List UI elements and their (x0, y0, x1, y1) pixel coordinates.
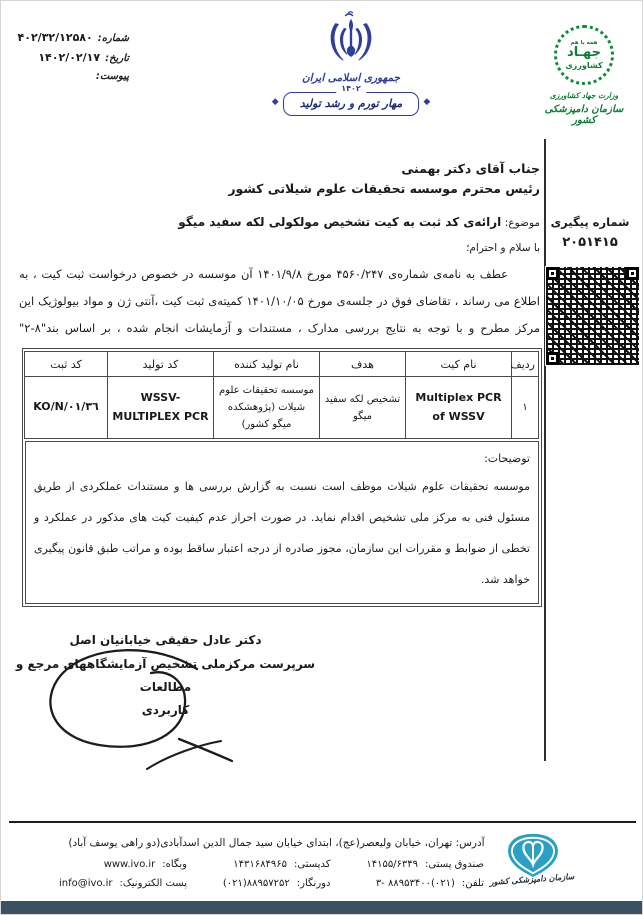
letter-number-row: شماره: ۴۰۲/۳۲/۱۲۵۸۰ (11, 31, 129, 44)
footer-address: آدرس: تهران، خیابان ولیعصر(عج)، ابتدای خ… (61, 837, 492, 849)
iran-emblem-icon (320, 11, 382, 67)
registration-table-wrap: ردیف نام کیت هدف نام تولید کننده کد تولی… (22, 348, 542, 607)
qr-finder-icon (546, 352, 559, 365)
letter-page: شماره: ۴۰۲/۳۲/۱۲۵۸۰ تاریخ: ۱۴۰۲/۰۲/۱۷ پی… (0, 0, 643, 915)
fax-row: دورنگار: (۰۲۱)۸۸۹۵۷۲۵۲ (223, 878, 331, 889)
org-logo-block: همه با هم جهـاد کشاورزی وزارت جهاد کشاور… (534, 25, 634, 126)
banner-diamond-icon: ◆ (272, 97, 279, 107)
col-production-code: کد تولید (108, 352, 214, 377)
footer-bar (1, 901, 642, 914)
phone-value: ۳- ۸۸۹۵۳۴۰۰(۰۲۱) (376, 878, 455, 889)
salutation: با سلام و احترام؛ (19, 242, 540, 254)
letter-date-label: تاریخ: (105, 53, 129, 64)
col-kit-name: نام کیت (406, 352, 512, 377)
signer-name: دکتر عادل حقیقی خیابانیان اصل (13, 633, 318, 647)
phone-label: تلفن: (462, 878, 484, 889)
notes-box: توضیحات: موسسه تحقیقات علوم شیلات موظف ا… (25, 441, 539, 604)
po-box-label: صندوق پستی: (425, 859, 484, 870)
contact-col-2: کدپستی: ۱۴۳۱۶۸۴۹۶۵ دورنگار: (۰۲۱)۸۸۹۵۷۲۵… (223, 859, 331, 897)
ivo-logo-caption: سازمان دامپزشکی کشور (486, 872, 578, 887)
signature-block: دکتر عادل حقیقی خیابانیان اصل سرپرست مرک… (13, 633, 318, 721)
qr-finder-icon (546, 267, 559, 280)
ministry-name: وزارت جهاد کشاورزی (534, 91, 634, 100)
cell-production-code: WSSV-MULTIPLEX PCR (108, 377, 214, 439)
cell-producer: موسسه تحقیقات علوم شیلات (پژوهشکده میگو … (214, 377, 320, 439)
recipient-title: رئیس محترم موسسه تحقیقات علوم شیلاتی کشو… (19, 179, 540, 199)
signer-title: سرپرست مرکزملی تشخیص آزمایشگاههای مرجع و… (13, 653, 318, 721)
letter-attachment-row: پیوست: (11, 71, 129, 82)
email-label: پست الکترونیک: (119, 878, 187, 889)
postal-code-value: ۱۴۳۱۶۸۴۹۶۵ (233, 859, 287, 870)
contact-col-3: وبگاه: www.ivo.ir پست الکترونیک: info@iv… (59, 859, 187, 897)
notes-text: موسسه تحقیقات علوم شیلات موظف است نسبت ب… (34, 471, 530, 595)
contact-col-1: صندوق پستی: ۱۴۱۵۵/۶۳۴۹ تلفن: ۳- ۸۸۹۵۳۴۰۰… (366, 859, 484, 897)
col-purpose: هدف (320, 352, 406, 377)
tracking-value: ۲۰۵۱۴۱۵ (544, 235, 636, 250)
recipient-name: جناب آقای دکتر بهمنی (19, 159, 540, 179)
cell-registration-code: KO/N/۰۱/۳٦ (25, 377, 108, 439)
letter-number-value: ۴۰۲/۳۲/۱۲۵۸۰ (18, 31, 93, 44)
website-label: وبگاه: (162, 859, 187, 870)
organization-name: سازمان دامپزشکی کشور (534, 104, 634, 126)
qr-finder-icon (626, 267, 639, 280)
slogan-year: ۱۴۰۲ (336, 84, 366, 93)
po-box-row: صندوق پستی: ۱۴۱۵۵/۶۳۴۹ (366, 859, 484, 870)
subject-line: موضوع: ارائه‌ی کد ثبت به کیت تشخیص مولکو… (19, 215, 540, 229)
footer-divider (9, 821, 636, 823)
registration-table: ردیف نام کیت هدف نام تولید کننده کد تولی… (24, 351, 539, 439)
footer-contacts: صندوق پستی: ۱۴۱۵۵/۶۳۴۹ تلفن: ۳- ۸۸۹۵۳۴۰۰… (59, 859, 484, 897)
qr-code (546, 267, 639, 365)
col-row-number: ردیف (512, 352, 539, 377)
logo-name-line1: جهـاد (567, 46, 601, 60)
letter-meta: شماره: ۴۰۲/۳۲/۱۲۵۸۰ تاریخ: ۱۴۰۲/۰۲/۱۷ پی… (11, 31, 129, 89)
letter-date-value: ۱۴۰۲/۰۲/۱۷ (38, 51, 100, 64)
tracking-block: شماره پیگیری ۲۰۵۱۴۱۵ (544, 215, 636, 250)
cell-purpose: تشخیص لکه سفید میگو (320, 377, 406, 439)
country-name: جمهوری اسلامی ایران (256, 72, 446, 84)
table-row: ۱ Multiplex PCR of WSSV تشخیص لکه سفید م… (25, 377, 539, 439)
cell-row-number: ۱ (512, 377, 539, 439)
jahad-keshavarzi-logo-icon: همه با هم جهـاد کشاورزی (554, 25, 614, 85)
notes-label: توضیحات: (34, 452, 530, 465)
phone-row: تلفن: ۳- ۸۸۹۵۳۴۰۰(۰۲۱) (366, 878, 484, 889)
slogan-text: مهار تورم و رشد تولید (283, 92, 420, 116)
year-slogan-banner: ◆ ۱۴۰۲ مهار تورم و رشد تولید ◆ (283, 92, 420, 111)
national-emblem-block: جمهوری اسلامی ایران ◆ ۱۴۰۲ مهار تورم و ر… (256, 11, 446, 111)
letter-attachment-label: پیوست: (96, 71, 129, 82)
email-row: پست الکترونیک: info@ivo.ir (59, 878, 187, 889)
fax-value: (۰۲۱)۸۸۹۵۷۲۵۲ (223, 878, 290, 889)
ivo-logo-icon (504, 832, 562, 878)
table-header-row: ردیف نام کیت هدف نام تولید کننده کد تولی… (25, 352, 539, 377)
banner-diamond-icon: ◆ (423, 97, 430, 107)
tracking-label: شماره پیگیری (544, 215, 636, 229)
website-value: www.ivo.ir (104, 859, 156, 870)
letter-number-label: شماره: (98, 33, 129, 44)
letter-date-row: تاریخ: ۱۴۰۲/۰۲/۱۷ (11, 51, 129, 64)
logo-name-line2: کشاورزی (565, 61, 602, 70)
postal-code-label: کدپستی: (294, 859, 330, 870)
website-row: وبگاه: www.ivo.ir (59, 859, 187, 870)
fax-label: دورنگار: (297, 878, 331, 889)
email-value: info@ivo.ir (59, 878, 112, 889)
po-box-value: ۱۴۱۵۵/۶۳۴۹ (366, 859, 418, 870)
subject-label: موضوع: (505, 217, 540, 229)
col-producer: نام تولید کننده (214, 352, 320, 377)
postal-code-row: کدپستی: ۱۴۳۱۶۸۴۹۶۵ (223, 859, 331, 870)
letter-body: جناب آقای دکتر بهمنی رئیس محترم موسسه تح… (19, 159, 540, 369)
cell-kit-name: Multiplex PCR of WSSV (406, 377, 512, 439)
col-registration-code: کد ثبت (25, 352, 108, 377)
subject-text: ارائه‌ی کد ثبت به کیت تشخیص مولکولی لکه … (178, 215, 501, 229)
